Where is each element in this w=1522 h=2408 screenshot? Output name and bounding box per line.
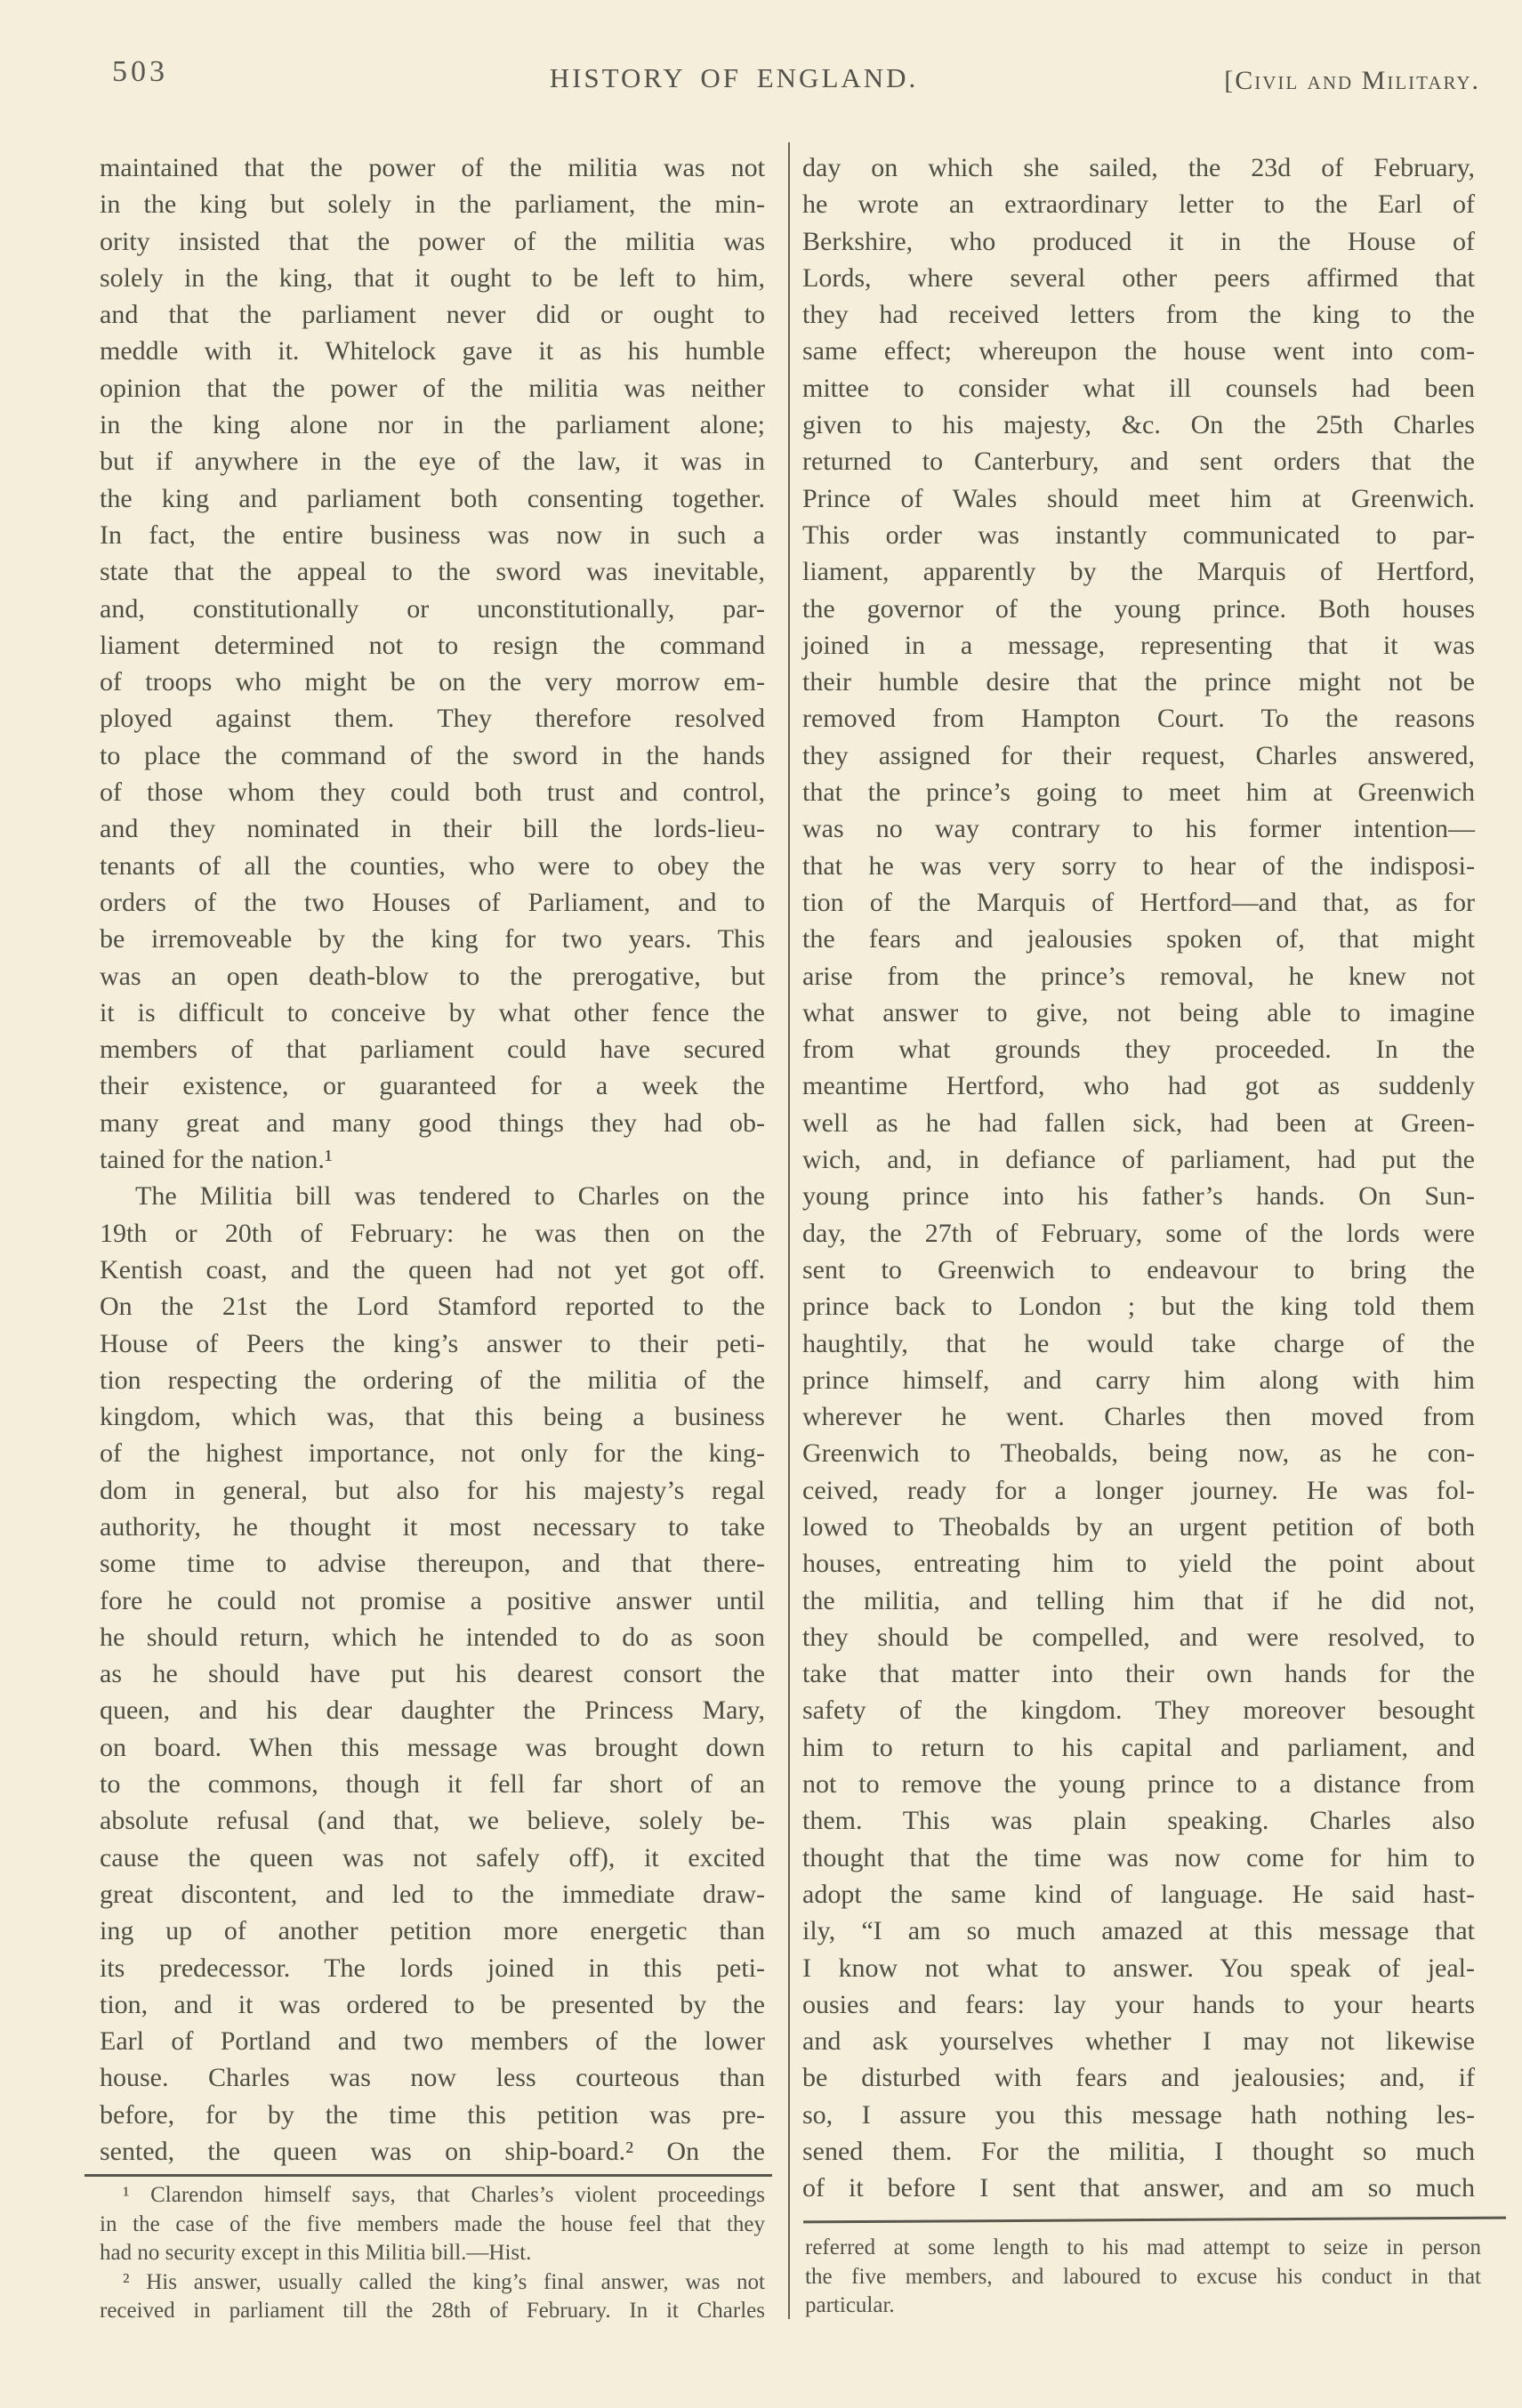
footnote-line: particular.	[805, 2291, 1481, 2321]
text-line: day, the 27th of February, some of the l…	[802, 1215, 1475, 1252]
text-line: young prince into his father’s hands. On…	[802, 1178, 1475, 1214]
text-line: what answer to give, not being able to i…	[802, 995, 1475, 1031]
text-line: great discontent, and led to the immedia…	[100, 1876, 765, 1913]
text-line: sened them. For the militia, I thought s…	[802, 2133, 1475, 2170]
text-line: maintained that the power of the militia…	[100, 149, 765, 186]
text-line: removed from Hampton Court. To the reaso…	[802, 700, 1475, 737]
text-line: of those whom they could both trust and …	[100, 774, 765, 810]
text-line: ily, “I am so much amazed at this messag…	[802, 1913, 1475, 1949]
text-line: The Militia bill was tendered to Charles…	[100, 1178, 765, 1214]
text-line: prince himself, and carry him along with…	[802, 1362, 1475, 1398]
text-line: take that matter into their own hands fo…	[802, 1655, 1475, 1692]
footnote-line: in the case of the five members made the…	[100, 2211, 765, 2240]
text-line: they should be compelled, and were resol…	[802, 1619, 1475, 1655]
text-line: lowed to Theobalds by an urgent petition…	[802, 1509, 1475, 1545]
text-line: of troops who might be on the very morro…	[100, 664, 765, 700]
text-line: the governor of the young prince. Both h…	[802, 591, 1475, 627]
text-line: tenants of all the counties, who were to…	[100, 848, 765, 884]
text-line: Berkshire, who produced it in the House …	[802, 223, 1475, 260]
running-head-section: [Civil and Military.	[978, 66, 1480, 96]
text-line: Lords, where several other peers affirme…	[802, 260, 1475, 296]
text-line: ing up of another petition more energeti…	[100, 1913, 765, 1949]
text-line: tion of the Marquis of Hertford—and that…	[802, 884, 1475, 921]
text-line: the fears and jealousies spoken of, that…	[802, 921, 1475, 957]
text-line: prince back to London ; but the king tol…	[802, 1288, 1475, 1325]
text-line: that the prince’s going to meet him at G…	[802, 774, 1475, 810]
text-line: sent to Greenwich to endeavour to bring …	[802, 1252, 1475, 1288]
text-line: returned to Canterbury, and sent orders …	[802, 443, 1475, 479]
text-line: but if anywhere in the eye of the law, i…	[100, 443, 765, 479]
footnote-line: the five members, and laboured to excuse…	[805, 2263, 1481, 2292]
text-line: fore he could not promise a positive ans…	[100, 1583, 765, 1619]
text-line: liament determined not to resign the com…	[100, 627, 765, 664]
text-line: and ask yourselves whether I may not lik…	[802, 2023, 1475, 2059]
text-line: of it before I sent that answer, and am …	[802, 2170, 1475, 2206]
text-line: queen, and his dear daughter the Princes…	[100, 1692, 765, 1728]
text-line: it is difficult to conceive by what othe…	[100, 995, 765, 1031]
text-line: solely in the king, that it ought to be …	[100, 260, 765, 296]
text-line: state that the appeal to the sword was i…	[100, 553, 765, 590]
text-line: they had received letters from the king …	[802, 296, 1475, 333]
text-line: houses, entreating him to yield the poin…	[802, 1545, 1475, 1582]
text-line: absolute refusal (and that, we believe, …	[100, 1802, 765, 1839]
text-line: was no way contrary to his former intent…	[802, 810, 1475, 847]
text-line: meddle with it. Whitelock gave it as his…	[100, 333, 765, 369]
text-line: Prince of Wales should meet him at Green…	[802, 480, 1475, 517]
footnote-separator-rule-right	[803, 2217, 1506, 2224]
column-divider-rule	[788, 142, 790, 2319]
footnote-line: had no security except in this Militia b…	[100, 2239, 765, 2268]
text-line: tion respecting the ordering of the mili…	[100, 1362, 765, 1398]
text-line: house. Charles was now less courteous th…	[100, 2059, 765, 2096]
text-line: On the 21st the Lord Stamford reported t…	[100, 1288, 765, 1325]
text-line: given to his majesty, &c. On the 25th Ch…	[802, 407, 1475, 443]
text-line: be disturbed with fears and jealousies; …	[802, 2059, 1475, 2096]
text-line: wich, and, in defiance of parliament, ha…	[802, 1141, 1475, 1178]
text-line: mittee to consider what ill counsels had…	[802, 370, 1475, 407]
text-line: some time to advise thereupon, and that …	[100, 1545, 765, 1582]
text-line: day on which she sailed, the 23d of Febr…	[802, 149, 1475, 186]
left-footnotes: ¹ Clarendon himself says, that Charles’s…	[100, 2181, 765, 2326]
left-text-column: maintained that the power of the militia…	[100, 149, 765, 2170]
text-line: the king and parliament both consenting …	[100, 480, 765, 517]
text-line: they assigned for their request, Charles…	[802, 737, 1475, 774]
text-line: liament, apparently by the Marquis of He…	[802, 553, 1475, 590]
text-line: many great and many good things they had…	[100, 1105, 765, 1141]
text-line: well as he had fallen sick, had been at …	[802, 1105, 1475, 1141]
text-line: authority, he thought it most necessary …	[100, 1509, 765, 1545]
text-line: and that the parliament never did or oug…	[100, 296, 765, 333]
text-line: tained for the nation.¹	[100, 1141, 765, 1178]
text-line: its predecessor. The lords joined in thi…	[100, 1950, 765, 1986]
text-line: I know not what to answer. You speak of …	[802, 1950, 1475, 1986]
text-line: arise from the prince’s removal, he knew…	[802, 958, 1475, 995]
text-line: House of Peers the king’s answer to thei…	[100, 1325, 765, 1362]
text-line: adopt the same kind of language. He said…	[802, 1876, 1475, 1913]
text-line: from what grounds they proceeded. In the	[802, 1031, 1475, 1067]
text-line: opinion that the power of the militia wa…	[100, 370, 765, 407]
text-line: meantime Hertford, who had got as sudden…	[802, 1067, 1475, 1104]
text-line: ousies and fears: lay your hands to your…	[802, 1986, 1475, 2023]
text-line: them. This was plain speaking. Charles a…	[802, 1802, 1475, 1839]
right-text-column: day on which she sailed, the 23d of Febr…	[802, 149, 1475, 2207]
right-footnotes: referred at some length to his mad attem…	[805, 2234, 1481, 2321]
text-line: Earl of Portland and two members of the …	[100, 2023, 765, 2059]
text-line: This order was instantly communicated to…	[802, 517, 1475, 553]
text-line: haughtily, that he would take charge of …	[802, 1325, 1475, 1362]
text-line: members of that parliament could have se…	[100, 1031, 765, 1067]
text-line: safety of the kingdom. They moreover bes…	[802, 1692, 1475, 1728]
text-line: he should return, which he intended to d…	[100, 1619, 765, 1655]
text-line: the militia, and telling him that if he …	[802, 1583, 1475, 1619]
footnote-line: ² His answer, usually called the king’s …	[100, 2268, 765, 2298]
text-line: kingdom, which was, that this being a bu…	[100, 1398, 765, 1435]
text-line: ority insisted that the power of the mil…	[100, 223, 765, 260]
text-line: and, constitutionally or unconstitutiona…	[100, 591, 765, 627]
text-line: ceived, ready for a longer journey. He w…	[802, 1472, 1475, 1509]
text-line: was an open death-blow to the prerogativ…	[100, 958, 765, 995]
text-line: on board. When this message was brought …	[100, 1729, 765, 1766]
text-line: orders of the two Houses of Parliament, …	[100, 884, 765, 921]
text-line: their humble desire that the prince migh…	[802, 664, 1475, 700]
text-line: ployed against them. They therefore reso…	[100, 700, 765, 737]
footnote-line: referred at some length to his mad attem…	[805, 2234, 1481, 2263]
text-line: same effect; whereupon the house went in…	[802, 333, 1475, 369]
text-line: their existence, or guaranteed for a wee…	[100, 1067, 765, 1104]
text-line: he wrote an extraordinary letter to the …	[802, 186, 1475, 222]
text-line: as he should have put his dearest consor…	[100, 1655, 765, 1692]
book-page: 503 HISTORY OF ENGLAND. [Civil and Milit…	[0, 0, 1522, 2408]
footnote-separator-rule-left	[85, 2174, 772, 2177]
text-line: In fact, the entire business was now in …	[100, 517, 765, 553]
footnote-line: received in parliament till the 28th of …	[100, 2297, 765, 2326]
text-line: cause the queen was not safely off), it …	[100, 1840, 765, 1876]
text-line: before, for by the time this petition wa…	[100, 2097, 765, 2133]
text-line: in the king but solely in the parliament…	[100, 186, 765, 222]
text-line: be irremoveable by the king for two year…	[100, 921, 765, 957]
text-line: in the king alone nor in the parliament …	[100, 407, 765, 443]
text-line: and they nominated in their bill the lor…	[100, 810, 765, 847]
text-line: joined in a message, representing that i…	[802, 627, 1475, 664]
text-line: wherever he went. Charles then moved fro…	[802, 1398, 1475, 1435]
text-line: thought that the time was now come for h…	[802, 1840, 1475, 1876]
text-line: of the highest importance, not only for …	[100, 1435, 765, 1471]
text-line: dom in general, but also for his majesty…	[100, 1472, 765, 1509]
text-line: 19th or 20th of February: he was then on…	[100, 1215, 765, 1252]
text-line: him to return to his capital and parliam…	[802, 1729, 1475, 1766]
footnote-line: ¹ Clarendon himself says, that Charles’s…	[100, 2181, 765, 2211]
text-line: Kentish coast, and the queen had not yet…	[100, 1252, 765, 1288]
text-line: to place the command of the sword in the…	[100, 737, 765, 774]
text-line: not to remove the young prince to a dist…	[802, 1766, 1475, 1802]
text-line: to the commons, though it fell far short…	[100, 1766, 765, 1802]
text-line: Greenwich to Theobalds, being now, as he…	[802, 1435, 1475, 1471]
text-line: that he was very sorry to hear of the in…	[802, 848, 1475, 884]
text-line: tion, and it was ordered to be presented…	[100, 1986, 765, 2023]
text-line: sented, the queen was on ship-board.² On…	[100, 2133, 765, 2170]
text-line: so, I assure you this message hath nothi…	[802, 2097, 1475, 2133]
